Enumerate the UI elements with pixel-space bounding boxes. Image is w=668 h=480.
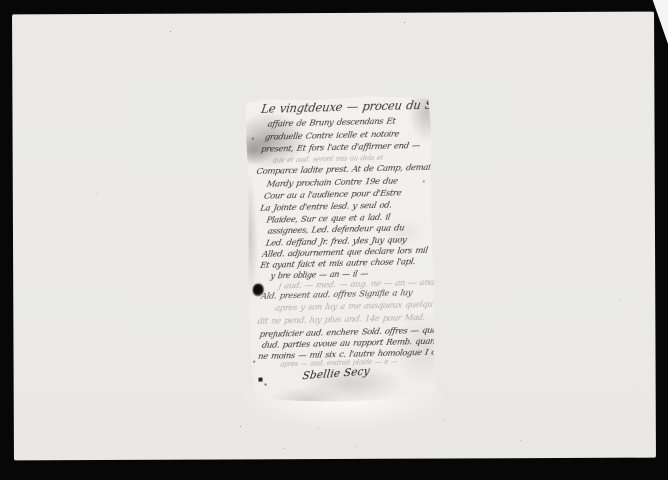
handwriting-line: Et ayant faict et mis autre chose l'apl. [260,258,416,270]
handwriting-line: graduelle Contre icelle et notoire [264,130,400,142]
dust-specks [0,0,1,1]
handwriting-line: apres y son luy a me ausqueux quelqu'il [274,301,439,314]
handwriting-line: Comparce ladite prest. At de Camp, demai… [256,164,436,177]
handwriting-line: que et aud. seront mis au dela et [272,155,384,165]
handwriting-line: Cour au a l'audience pour d'Estre [263,189,401,201]
handwriting-line: assignees, Led. defendeur qua du [267,224,405,236]
handwriting-line: Ald. present aud. offres Signifie a luy [260,289,413,301]
handwriting-line: Mardy prochain Contre 19e due [266,178,398,190]
handwriting-line: present, Et fors l'acte d'affirmer end — [260,142,420,154]
handwriting-line: La Jointe d'entre lesd. y seul od. [260,202,393,214]
clerk-signature: Sbellie Secy [302,366,371,383]
film-frame: Le vingtdeuxe — proceu du Siege — affair… [0,0,668,480]
handwriting-line: dit ne pend. luy plus and. 14e pour Mad. [257,314,426,327]
handwriting-line: affaire de Bruny descendans Et [267,118,396,130]
manuscript-page: Le vingtdeuxe — proceu du Siege — affair… [245,94,436,403]
